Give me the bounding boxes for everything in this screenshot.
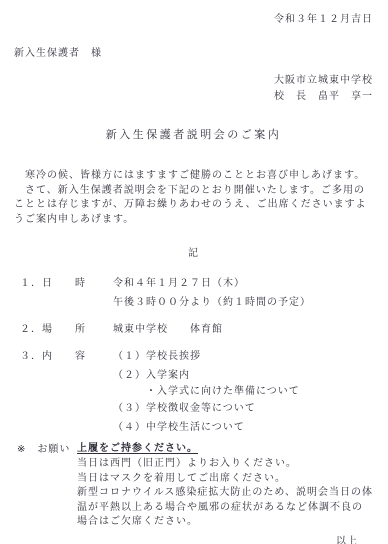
date-line: 令和３年１２月吉日 [14,14,373,26]
sender-school: 大阪市立城東中学校 [14,73,373,89]
contents-line-3: （３）学校徴収金等について [113,399,373,418]
request-underlined-line: 上履をご持参ください。 [77,442,373,457]
sender-principal: 校 長 畠平 享一 [14,89,373,105]
place-line: 城東中学校 体育館 [113,320,373,339]
page-title: 新入生保護者説明会のご案内 [14,126,373,142]
request-line-gate: 当日は西門（旧正門）よりお入りください。 [77,457,373,472]
request-content: 上履をご持参ください。 当日は西門（旧正門）よりお入りください。 当日はマスクを… [77,442,373,530]
record-item-datetime: １．日 時 令和４年１月２７日（木） 午後３時００分より（約１時間の予定） [20,274,373,312]
invitation-paragraph: さて、新入生保護者説明会を下記のとおり開催いたします。ご多用のこととは存じますが… [14,184,373,228]
datetime-date-line: 令和４年１月２７日（木） [113,274,373,293]
record-marker: 記 [14,247,373,260]
record-item-contents: ３．内 容 （１）学校長挨拶 （２）入学案内 ・入学式に向けた準備について （３… [20,347,373,437]
request-line-covid: 新型コロナウイルス感染症拡大防止のため、説明会当日の体温が平熱以上ある場合や風邪… [77,486,373,530]
item-content-place: 城東中学校 体育館 [113,320,373,339]
contents-line-2-sub: ・入学式に向けた準備について [113,385,373,399]
request-marker: ※ お願い [17,442,77,530]
request-line-mask: 当日はマスクを着用してご出席ください。 [77,472,373,487]
recipient-line: 新入生保護者 様 [14,47,373,60]
closing-text: 以上 [14,535,373,544]
greeting-paragraph: 寒冷の候、皆様方にはますますご健勝のこととお喜び申しあげます。 [14,169,373,184]
item-label-datetime: １．日 時 [20,274,113,312]
contents-line-4: （４）中学校生活について [113,418,373,437]
document-page: 令和３年１２月吉日 新入生保護者 様 大阪市立城東中学校 校 長 畠平 享一 新… [0,0,388,544]
contents-line-1: （１）学校長挨拶 [113,347,373,366]
contents-line-2: （２）入学案内 [113,366,373,385]
record-item-place: ２．場 所 城東中学校 体育館 [20,320,373,339]
request-underlined-text: 上履をご持参ください。 [77,443,208,454]
item-label-contents: ３．内 容 [20,347,113,437]
item-label-place: ２．場 所 [20,320,113,339]
item-content-datetime: 令和４年１月２７日（木） 午後３時００分より（約１時間の予定） [113,274,373,312]
request-block: ※ お願い 上履をご持参ください。 当日は西門（旧正門）よりお入りください。 当… [17,442,373,530]
sender-block: 大阪市立城東中学校 校 長 畠平 享一 [14,73,373,105]
item-content-contents: （１）学校長挨拶 （２）入学案内 ・入学式に向けた準備について （３）学校徴収金… [113,347,373,437]
datetime-time-line: 午後３時００分より（約１時間の予定） [113,293,373,312]
